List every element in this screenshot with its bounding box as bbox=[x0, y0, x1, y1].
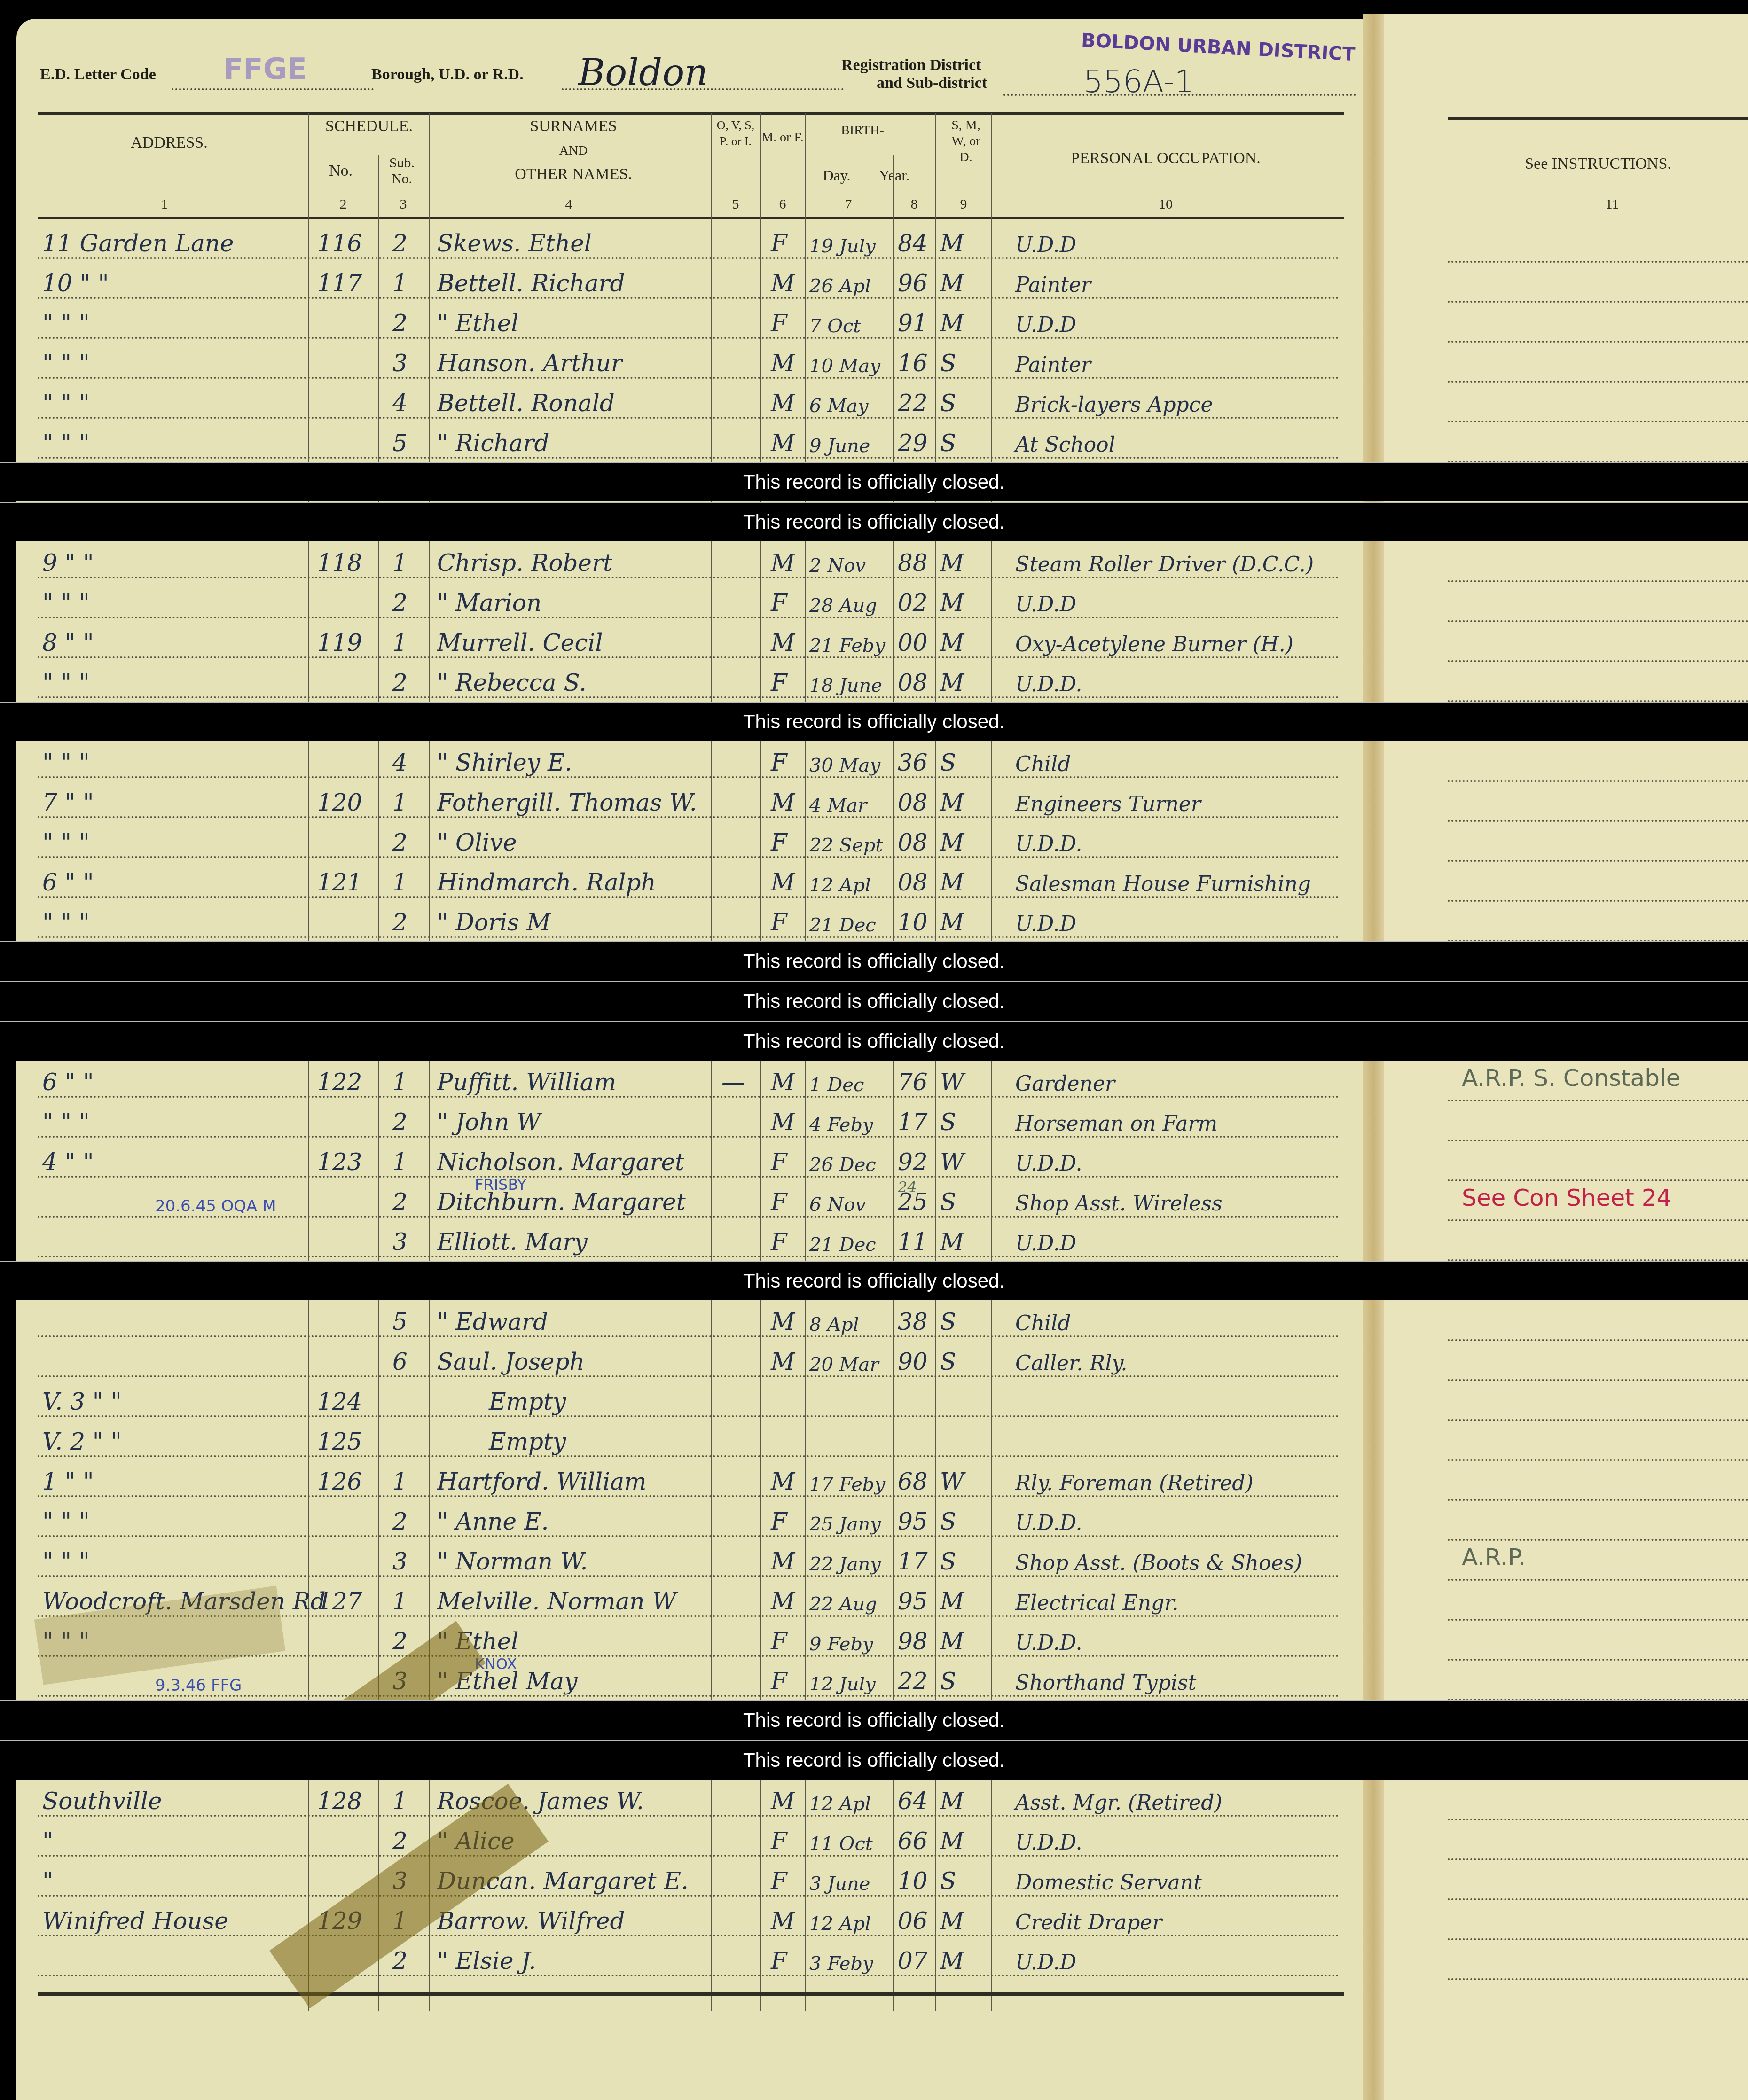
table-row: 6 " "1221Puffitt. William—M1 Dec76WGarde… bbox=[0, 1060, 1354, 1100]
cell-day: 10 May bbox=[809, 355, 880, 377]
cell-sex: F bbox=[771, 909, 787, 936]
cell-year: 66 bbox=[898, 1827, 928, 1855]
table-row: 11 Garden Lane1162Skews. EthelF19 July84… bbox=[0, 221, 1354, 261]
column-number: 8 bbox=[905, 196, 924, 212]
cell-name: Fothergill. Thomas W. bbox=[437, 789, 697, 816]
cell-day: 22 Aug bbox=[809, 1593, 877, 1615]
table-row: 1 " "1261Hartford. WilliamM17 Feby68WRly… bbox=[0, 1459, 1354, 1499]
cell-sub: 2 bbox=[392, 829, 408, 856]
cell-sub: 1 bbox=[392, 1468, 408, 1495]
cell-year: 38 bbox=[898, 1308, 928, 1335]
cell-day: 21 Dec bbox=[809, 1234, 876, 1256]
cell-sex: M bbox=[771, 1468, 795, 1495]
cell-year: 22 bbox=[898, 390, 928, 417]
cell-occ: Horseman on Farm bbox=[1015, 1112, 1217, 1136]
right-page-rule bbox=[1448, 1779, 1748, 1820]
table-row: 8 " "1191Murrell. CecilM21 Feby00MOxy-Ac… bbox=[0, 620, 1354, 660]
cell-sub: 1 bbox=[392, 1788, 408, 1815]
cell-sex: M bbox=[771, 789, 795, 816]
row-dotted-rule bbox=[38, 1895, 1340, 1897]
cell-sched: 122 bbox=[317, 1069, 362, 1096]
cell-occ: Domestic Servant bbox=[1015, 1871, 1202, 1895]
right-page-rule bbox=[1448, 900, 1748, 942]
ed-letter-code-stamp: FFGE bbox=[223, 52, 307, 86]
row-dotted-rule bbox=[38, 577, 1340, 578]
cell-year: 02 bbox=[898, 589, 928, 617]
cell-name: Elliott. Mary bbox=[437, 1228, 588, 1256]
cell-ms: S bbox=[940, 1867, 956, 1895]
right-page-rule bbox=[1448, 1419, 1748, 1461]
cell-name: Skews. Ethel bbox=[437, 230, 592, 257]
col-schedule-no: No. bbox=[310, 162, 371, 180]
cell-day: 9 Feby bbox=[809, 1633, 873, 1655]
cell-name: " Anne E. bbox=[437, 1508, 549, 1535]
cell-ms: S bbox=[940, 1308, 956, 1335]
right-page-rule bbox=[1448, 1339, 1748, 1381]
closed-record-bar: This record is officially closed. bbox=[0, 502, 1748, 541]
cell-year: 08 bbox=[898, 669, 928, 696]
cell-ms: W bbox=[940, 1468, 964, 1495]
cell-sex: M bbox=[771, 549, 795, 577]
row-dotted-rule bbox=[38, 297, 1340, 299]
cell-sub: 2 bbox=[392, 1947, 408, 1975]
cell-address: " " " bbox=[42, 829, 90, 856]
cell-name: " Olive bbox=[437, 829, 517, 856]
right-page-rule bbox=[1448, 820, 1748, 862]
cell-sched: 128 bbox=[317, 1788, 362, 1815]
cell-name: Bettell. Ronald bbox=[437, 390, 615, 417]
right-page-rule bbox=[1448, 1539, 1748, 1581]
cell-day: 17 Feby bbox=[809, 1474, 885, 1495]
cell-ms: M bbox=[940, 1588, 964, 1615]
row-dotted-rule bbox=[38, 1495, 1340, 1497]
cell-sex: F bbox=[771, 1867, 787, 1895]
cell-sub: 1 bbox=[392, 549, 408, 577]
table-row: "2" AliceF11 Oct66MU.D.D. bbox=[0, 1819, 1354, 1858]
col-occupation: PERSONAL OCCUPATION. bbox=[1001, 149, 1330, 167]
cell-address: " " " bbox=[42, 310, 90, 337]
closed-record-bar: This record is officially closed. bbox=[0, 1021, 1748, 1061]
cell-name: Puffitt. William bbox=[437, 1069, 616, 1096]
cell-sub: 4 bbox=[392, 390, 408, 417]
cell-day: 26 Dec bbox=[809, 1154, 876, 1176]
cell-year: 10 bbox=[898, 1867, 928, 1895]
col-sex: M. or F. bbox=[761, 129, 804, 146]
table-row: 5" EdwardM8 Apl38SChild bbox=[0, 1299, 1354, 1339]
column-number: 6 bbox=[773, 196, 792, 212]
cell-day: 12 Apl bbox=[809, 1913, 871, 1935]
cell-ms: M bbox=[940, 230, 964, 257]
ed-letter-code-label: E.D. Letter Code bbox=[40, 66, 156, 84]
table-row: Winifred House1291Barrow. WilfredM12 Apl… bbox=[0, 1898, 1354, 1938]
row-dotted-rule bbox=[38, 1216, 1340, 1218]
cell-day: 18 June bbox=[809, 675, 882, 696]
cell-name: " Elsie J. bbox=[437, 1947, 536, 1975]
cell-sex: M bbox=[771, 270, 795, 297]
table-row: 2" Elsie J.F3 Feby07MU.D.D bbox=[0, 1938, 1354, 1978]
cell-day: 12 Apl bbox=[809, 874, 871, 896]
cell-ov: — bbox=[721, 1069, 745, 1096]
cell-sub: 1 bbox=[392, 1588, 408, 1615]
cell-ms: M bbox=[940, 669, 964, 696]
cell-occ: Caller. Rly. bbox=[1015, 1351, 1127, 1375]
cell-sched: 120 bbox=[317, 789, 362, 816]
borough-dotted-line bbox=[562, 88, 844, 90]
footer-rule bbox=[38, 1992, 1344, 1996]
cell-address: Winifred House bbox=[42, 1907, 228, 1935]
column-number: 3 bbox=[394, 196, 413, 212]
cell-year: 11 bbox=[898, 1228, 928, 1256]
cell-address: 11 Garden Lane bbox=[42, 230, 234, 257]
row-dotted-rule bbox=[38, 1855, 1340, 1857]
ed-code-dotted-line bbox=[172, 88, 374, 90]
cell-sched: 124 bbox=[317, 1388, 362, 1415]
cell-day: 9 June bbox=[809, 435, 870, 457]
cell-occ: Painter bbox=[1015, 273, 1091, 297]
cell-year: 91 bbox=[898, 310, 928, 337]
cell-ms: S bbox=[940, 749, 956, 776]
right-page-rule bbox=[1448, 301, 1748, 343]
cell-sex: F bbox=[771, 1508, 787, 1535]
cell-day: 7 Oct bbox=[809, 315, 861, 337]
cell-sub: 2 bbox=[392, 1188, 408, 1216]
row-dotted-rule bbox=[38, 856, 1340, 858]
table-row: 6Saul. JosephM20 Mar90SCaller. Rly. bbox=[0, 1339, 1354, 1379]
cell-day: 1 Dec bbox=[809, 1074, 864, 1096]
cell-sched: 127 bbox=[317, 1588, 362, 1615]
cell-occ: Salesman House Furnishing bbox=[1015, 872, 1311, 896]
cell-sex: M bbox=[771, 1548, 795, 1575]
cell-ms: S bbox=[940, 1548, 956, 1575]
cell-sex: M bbox=[771, 1308, 795, 1335]
cell-name: Nicholson. Margaret bbox=[437, 1148, 684, 1176]
closed-record-bar: This record is officially closed. bbox=[0, 941, 1748, 981]
col-names-3: OTHER NAMES. bbox=[432, 165, 714, 183]
cell-address: 6 " " bbox=[42, 1069, 94, 1096]
row-dotted-rule bbox=[38, 1096, 1340, 1098]
cell-sex: F bbox=[771, 1827, 787, 1855]
cell-occ: U.D.D bbox=[1015, 912, 1076, 936]
table-row: Southville1281Roscoe. James W.M12 Apl64M… bbox=[0, 1779, 1354, 1819]
cell-address: Southville bbox=[42, 1788, 162, 1815]
right-page-rule bbox=[1448, 780, 1748, 822]
table-row: 20.6.45 OQA M2Ditchburn. MargaretFRISBYF… bbox=[0, 1179, 1354, 1219]
cell-day: 22 Jany bbox=[809, 1554, 881, 1575]
cell-occ: U.D.D. bbox=[1015, 1631, 1082, 1655]
cell-address: 4 " " bbox=[42, 1148, 94, 1176]
right-page-rule bbox=[1448, 421, 1748, 462]
cell-name: " Rebecca S. bbox=[437, 669, 587, 696]
right-page-rule bbox=[1448, 1140, 1748, 1181]
cell-sched: 119 bbox=[317, 629, 362, 656]
table-row: 9.3.46 FFG3" Ethel MayKNOXF12 July22SSho… bbox=[0, 1659, 1354, 1699]
row-dotted-rule bbox=[38, 696, 1340, 698]
cell-ms: M bbox=[940, 909, 964, 936]
cell-day: 21 Dec bbox=[809, 914, 876, 936]
row-dotted-rule bbox=[38, 656, 1340, 658]
cell-year: 64 bbox=[898, 1788, 928, 1815]
header-rule-bottom bbox=[38, 217, 1344, 219]
column-number: 5 bbox=[726, 196, 745, 212]
cell-ms: M bbox=[940, 589, 964, 617]
cell-day: 12 Apl bbox=[809, 1793, 871, 1815]
cell-ms: M bbox=[940, 1907, 964, 1935]
cell-day: 3 Feby bbox=[809, 1953, 873, 1975]
cell-occ: Steam Roller Driver (D.C.C.) bbox=[1015, 553, 1314, 577]
cell-name: " John W bbox=[437, 1109, 541, 1136]
right-page-rule bbox=[1448, 1219, 1748, 1261]
cell-address: 1 " " bbox=[42, 1468, 94, 1495]
cell-sex: F bbox=[771, 1947, 787, 1975]
cell-occ: U.D.D. bbox=[1015, 672, 1082, 696]
cell-address: " " " bbox=[42, 1109, 90, 1136]
cell-occ: Credit Draper bbox=[1015, 1911, 1162, 1935]
cell-occ: Electrical Engr. bbox=[1015, 1591, 1178, 1615]
cell-ms: S bbox=[940, 429, 956, 457]
cell-ms: M bbox=[940, 1788, 964, 1815]
cell-sub: 2 bbox=[392, 1508, 408, 1535]
cell-year: 29 bbox=[898, 429, 928, 457]
cell-occ: U.D.D. bbox=[1015, 1511, 1082, 1535]
column-number: 9 bbox=[954, 196, 973, 212]
row-dotted-rule bbox=[38, 457, 1340, 459]
right-page-rule bbox=[1448, 1619, 1748, 1661]
cell-name: Chrisp. Robert bbox=[437, 549, 612, 577]
cell-address: 10 " " bbox=[42, 270, 109, 297]
right-page-rule bbox=[1448, 1938, 1748, 1980]
cell-address: 8 " " bbox=[42, 629, 94, 656]
row-dotted-rule bbox=[38, 1935, 1340, 1936]
cell-ms: M bbox=[940, 1827, 964, 1855]
cell-address: " " " bbox=[42, 589, 90, 617]
cell-year: 16 bbox=[898, 350, 928, 377]
cell-sex: M bbox=[771, 429, 795, 457]
cell-year: 10 bbox=[898, 909, 928, 936]
cell-sub: 2 bbox=[392, 1628, 408, 1655]
row-dotted-rule bbox=[38, 1176, 1340, 1178]
column-number: 4 bbox=[559, 196, 578, 212]
cell-address: " " " bbox=[42, 390, 90, 417]
right-page-rule bbox=[1448, 1499, 1748, 1541]
row-dotted-rule bbox=[38, 377, 1340, 379]
column-number: 2 bbox=[334, 196, 353, 212]
cell-sub: 2 bbox=[392, 230, 408, 257]
cell-sex: F bbox=[771, 310, 787, 337]
row-dotted-rule bbox=[38, 1575, 1340, 1577]
cell-address: " " " bbox=[42, 1548, 90, 1575]
closed-record-bar: This record is officially closed. bbox=[0, 462, 1748, 501]
table-row: " " "2" MarionF28 Aug02MU.D.D bbox=[0, 580, 1354, 620]
cell-ms: M bbox=[940, 829, 964, 856]
right-page-rule bbox=[1448, 1299, 1748, 1341]
table-row: " " "2" Doris MF21 Dec10MU.D.D bbox=[0, 900, 1354, 940]
closed-record-bar: This record is officially closed. bbox=[0, 1700, 1748, 1740]
cell-address: 7 " " bbox=[42, 789, 94, 816]
cell-occ: Shop Asst. Wireless bbox=[1015, 1192, 1223, 1216]
cell-day: 30 May bbox=[809, 755, 880, 776]
cell-day: 8 Apl bbox=[809, 1314, 859, 1335]
cell-name: " Doris M bbox=[437, 909, 551, 936]
cell-sex: M bbox=[771, 869, 795, 896]
cell-occ: U.D.D bbox=[1015, 233, 1076, 257]
closed-record-bar: This record is officially closed. bbox=[0, 1261, 1748, 1300]
cell-day: 26 Apl bbox=[809, 275, 871, 297]
cell-sex: F bbox=[771, 1148, 787, 1176]
right-page-rule bbox=[1448, 660, 1748, 702]
cell-sub: 1 bbox=[392, 869, 408, 896]
right-page-rule bbox=[1448, 1659, 1748, 1701]
cell-year: 96 bbox=[898, 270, 928, 297]
cell-sub: 1 bbox=[392, 270, 408, 297]
cell-occ: Child bbox=[1015, 752, 1071, 776]
cell-occ: U.D.D bbox=[1015, 1951, 1076, 1975]
row-dotted-rule bbox=[38, 1256, 1340, 1257]
row-dotted-rule bbox=[38, 936, 1340, 938]
cell-occ: Painter bbox=[1015, 353, 1091, 377]
cell-day: 11 Oct bbox=[809, 1833, 873, 1855]
table-row: " " "2" Rebecca S.F18 June08MU.D.D. bbox=[0, 660, 1354, 700]
right-page-rule bbox=[1448, 1898, 1748, 1940]
cell-sub: 1 bbox=[392, 1148, 408, 1176]
cell-ms: W bbox=[940, 1148, 964, 1176]
cell-address: " " " bbox=[42, 669, 90, 696]
cell-year: 08 bbox=[898, 789, 928, 816]
cell-day: 21 Feby bbox=[809, 635, 885, 656]
right-page-rule bbox=[1448, 1179, 1748, 1221]
borough-value: Boldon bbox=[578, 52, 708, 94]
right-page-rule bbox=[1448, 1858, 1748, 1900]
cell-sub: 2 bbox=[392, 589, 408, 617]
cell-sched: 118 bbox=[317, 549, 362, 577]
cell-year: 08 bbox=[898, 869, 928, 896]
cell-ms: S bbox=[940, 1348, 956, 1375]
col-birth-year: Year. bbox=[872, 167, 917, 184]
row-dotted-rule bbox=[38, 776, 1340, 778]
cell-name: Empty bbox=[489, 1428, 566, 1455]
cell-ms: M bbox=[940, 310, 964, 337]
right-page-rule bbox=[1448, 740, 1748, 782]
register-header: E.D. Letter Code FFGE Borough, U.D. or R… bbox=[16, 19, 1370, 108]
cell-ms: S bbox=[940, 1508, 956, 1535]
col-birth-day: Day. bbox=[808, 167, 865, 184]
closed-record-bar: This record is officially closed. bbox=[0, 981, 1748, 1021]
cell-sex: M bbox=[771, 1069, 795, 1096]
table-row: " " "2" John WM4 Feby17SHorseman on Farm bbox=[0, 1100, 1354, 1140]
cell-occ: U.D.D bbox=[1015, 313, 1076, 337]
row-dotted-rule bbox=[38, 896, 1340, 898]
cell-address: " " " bbox=[42, 429, 90, 457]
borough-label: Borough, U.D. or R.D. bbox=[371, 66, 524, 84]
cell-sub: 6 bbox=[392, 1348, 408, 1375]
cell-name: Hartford. William bbox=[437, 1468, 646, 1495]
cell-year: 90 bbox=[898, 1348, 928, 1375]
col-marital: S, M, W, or D. bbox=[945, 117, 987, 165]
cell-day: 6 Nov bbox=[809, 1194, 866, 1216]
cell-occ: Brick-layers Appce bbox=[1015, 393, 1213, 417]
cell-name: Saul. Joseph bbox=[437, 1348, 585, 1375]
cell-ms: W bbox=[940, 1069, 964, 1096]
right-page-rule bbox=[1448, 620, 1748, 662]
row-dotted-rule bbox=[38, 257, 1340, 259]
cell-sub: 3 bbox=[392, 1228, 408, 1256]
closed-record-bar: This record is officially closed. bbox=[0, 1740, 1748, 1780]
table-row: " " "2" EthelF7 Oct91MU.D.D bbox=[0, 301, 1354, 341]
table-row: "3Duncan. Margaret E.F3 June10SDomestic … bbox=[0, 1858, 1354, 1898]
cell-year: 92 bbox=[898, 1148, 928, 1176]
cell-ms: M bbox=[940, 789, 964, 816]
cell-day: 3 June bbox=[809, 1873, 870, 1895]
cell-sex: F bbox=[771, 589, 787, 617]
cell-year: 88 bbox=[898, 549, 928, 577]
cell-occ: U.D.D. bbox=[1015, 1831, 1082, 1855]
cell-ms: S bbox=[940, 1109, 956, 1136]
cell-day: 6 May bbox=[809, 395, 869, 417]
right-page-rule bbox=[1448, 860, 1748, 902]
cell-occ: U.D.D bbox=[1015, 1232, 1076, 1256]
column-number: 11 bbox=[1603, 196, 1622, 212]
column-number: 10 bbox=[1156, 196, 1175, 212]
cell-address: V. 2 " " bbox=[42, 1428, 122, 1455]
cell-year: 24 bbox=[898, 1178, 917, 1196]
right-page-rule bbox=[1448, 381, 1748, 422]
table-row: " " "3Hanson. ArthurM10 May16SPainter bbox=[0, 341, 1354, 381]
cell-year: 00 bbox=[898, 629, 928, 656]
cell-name: " Richard bbox=[437, 429, 549, 457]
cell-day: 28 Aug bbox=[809, 595, 877, 617]
cell-sub: 1 bbox=[392, 629, 408, 656]
district-stamp: BOLDON URBAN DISTRICT bbox=[1081, 30, 1356, 65]
closed-record-bar: This record is officially closed. bbox=[0, 702, 1748, 741]
cell-occ: At School bbox=[1015, 433, 1115, 457]
right-header-rule-top bbox=[1448, 117, 1748, 120]
row-dotted-rule bbox=[38, 1815, 1340, 1817]
cell-day: 4 Mar bbox=[809, 795, 867, 816]
cell-name: " Norman W. bbox=[437, 1548, 588, 1575]
cell-address: " " " bbox=[42, 350, 90, 377]
row-dotted-rule bbox=[38, 1136, 1340, 1138]
cell-name: FRISBY bbox=[475, 1176, 526, 1194]
col-address: ADDRESS. bbox=[56, 134, 282, 152]
cell-name: " Edward bbox=[437, 1308, 548, 1335]
column-number: 1 bbox=[155, 196, 174, 212]
cell-sub: 5 bbox=[392, 1308, 408, 1335]
cell-year: 68 bbox=[898, 1468, 928, 1495]
cell-ms: M bbox=[940, 1947, 964, 1975]
cell-sub: 2 bbox=[392, 310, 408, 337]
cell-occ: Shop Asst. (Boots & Shoes) bbox=[1015, 1551, 1302, 1575]
cell-year: 84 bbox=[898, 230, 928, 257]
cell-sub: 2 bbox=[392, 1109, 408, 1136]
cell-address: 20.6.45 OQA M bbox=[155, 1197, 276, 1216]
cell-sex: F bbox=[771, 1628, 787, 1655]
row-dotted-rule bbox=[38, 417, 1340, 419]
cell-year: 07 bbox=[898, 1947, 928, 1975]
cell-year: 76 bbox=[898, 1069, 928, 1096]
right-page-rule bbox=[1448, 1459, 1748, 1501]
row-dotted-rule bbox=[38, 1535, 1340, 1537]
col-names-2: AND bbox=[432, 143, 714, 158]
right-page-rule bbox=[1448, 1060, 1748, 1101]
cell-year: 17 bbox=[898, 1548, 928, 1575]
cell-sex: M bbox=[771, 1109, 795, 1136]
table-row: " " "4" Shirley E.F30 May36SChild bbox=[0, 740, 1354, 780]
cell-name: " Shirley E. bbox=[437, 749, 572, 776]
cell-sched: 123 bbox=[317, 1148, 362, 1176]
cell-sched: 126 bbox=[317, 1468, 362, 1495]
table-row: 9 " "1181Chrisp. RobertM2 Nov88MSteam Ro… bbox=[0, 540, 1354, 580]
col-instructions: See INSTRUCTIONS. bbox=[1471, 155, 1725, 173]
header-rule-top bbox=[38, 112, 1344, 115]
